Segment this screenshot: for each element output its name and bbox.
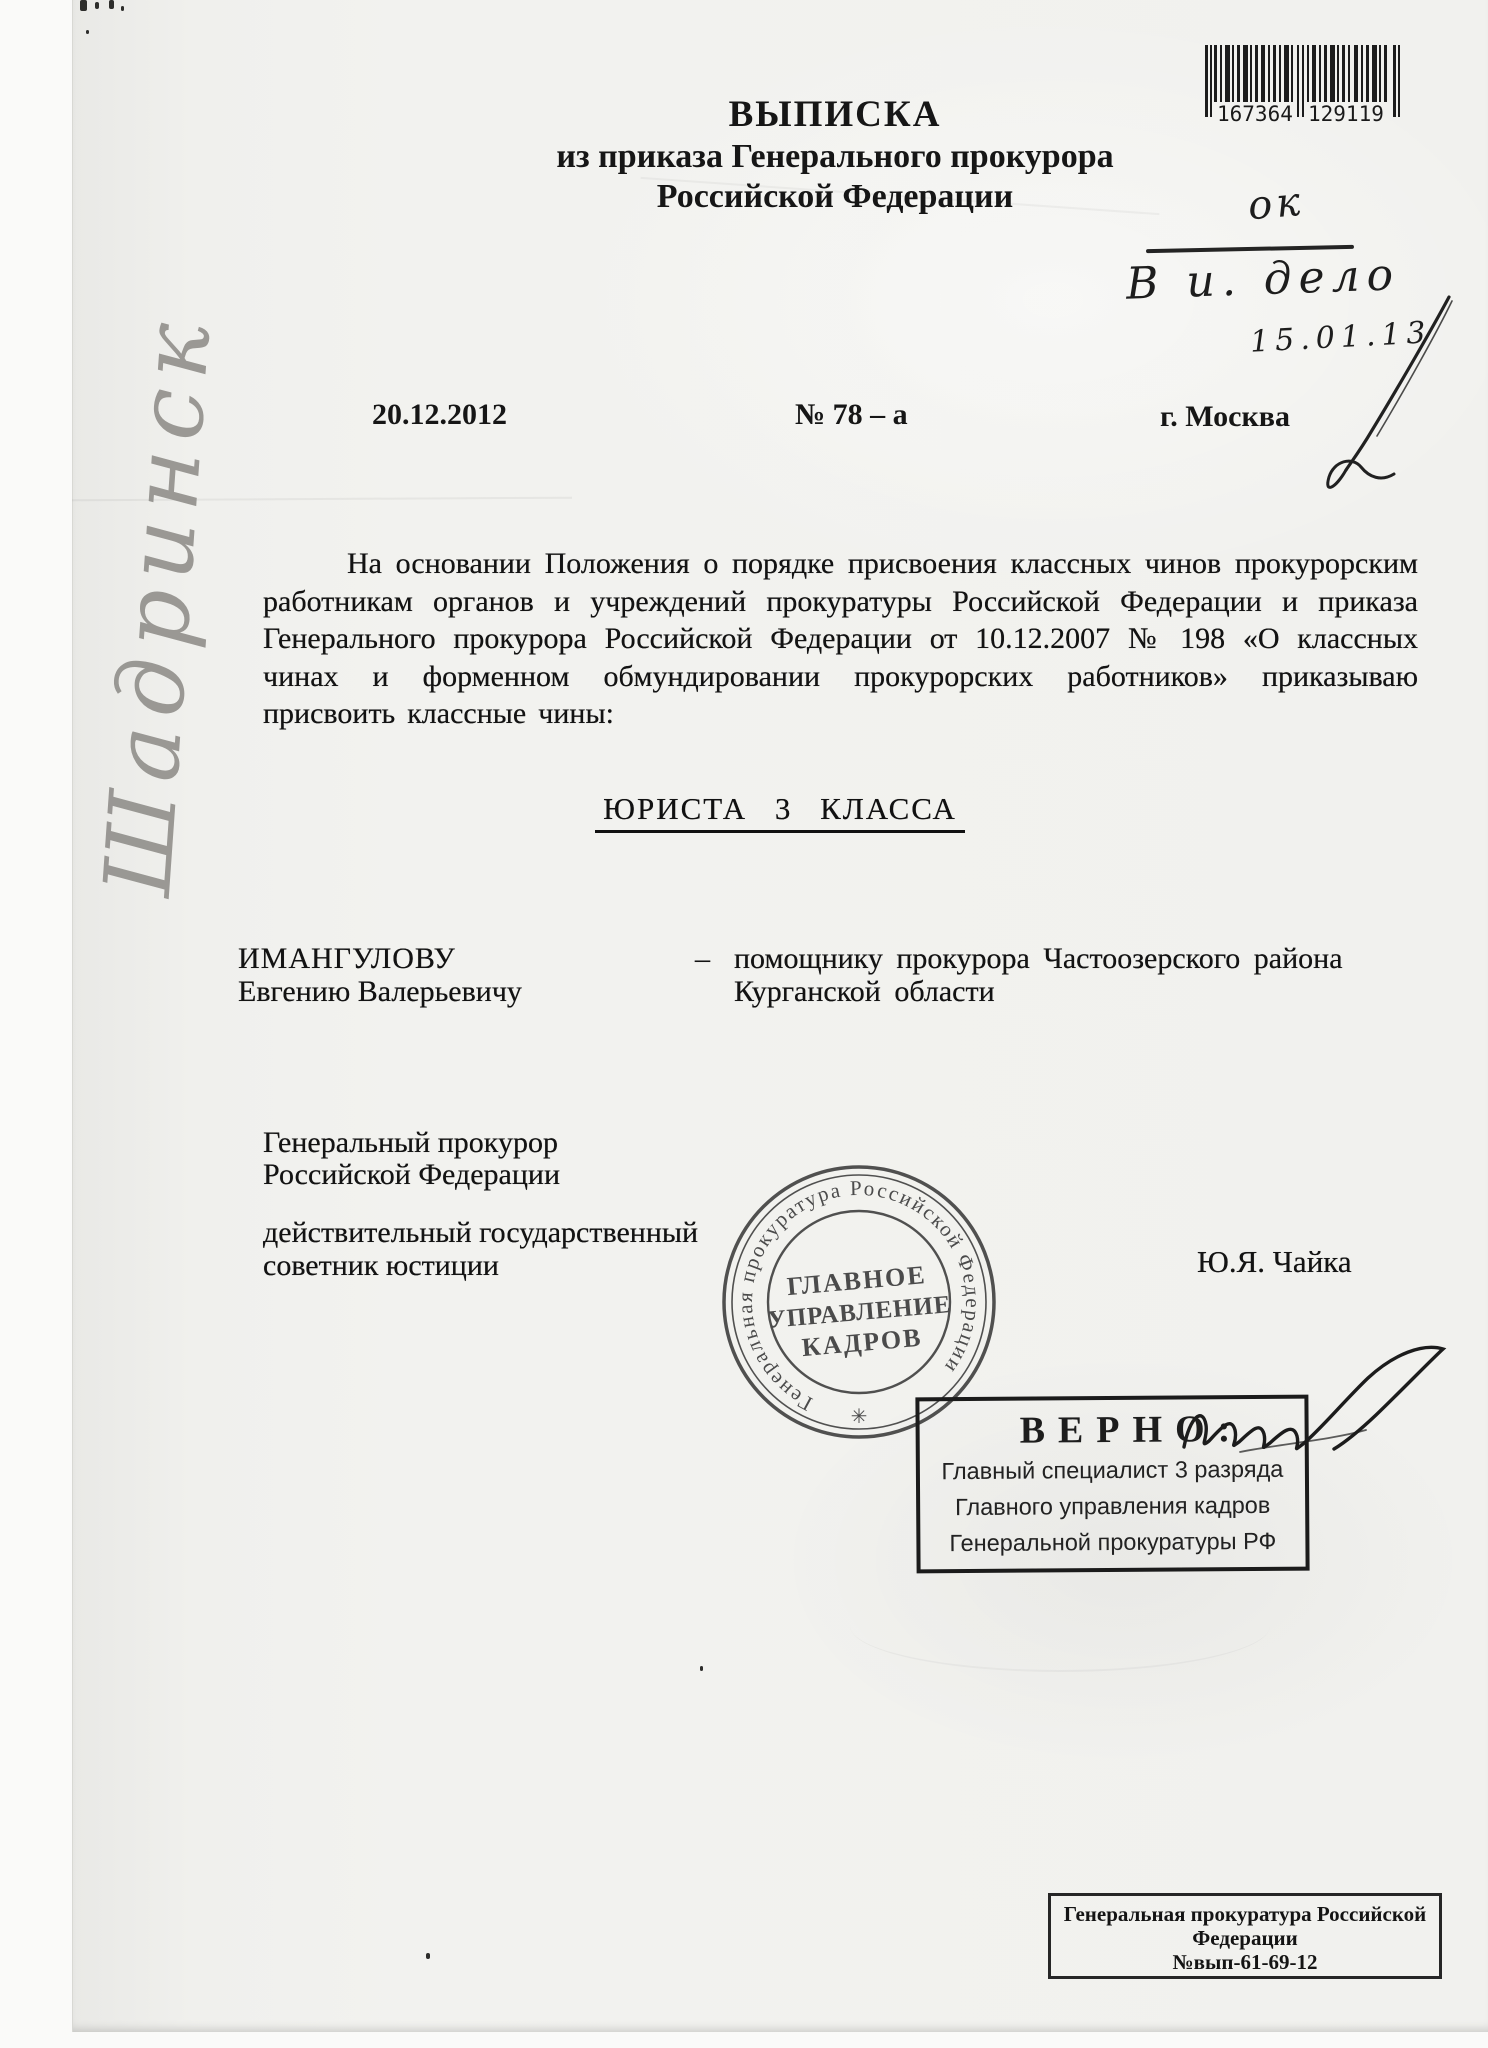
rank-heading-wrap: ЮРИСТА 3 КЛАССА [72, 791, 1488, 833]
verno-line-2: Главного управления кадров [920, 1487, 1305, 1526]
ink-speck [95, 2, 99, 9]
rank-heading: ЮРИСТА 3 КЛАССА [595, 791, 965, 833]
signer-title-line-1: Генеральный прокурор [263, 1126, 558, 1159]
order-date: 20.12.2012 [372, 398, 507, 432]
recipient-dash: – [695, 942, 710, 975]
verno-stamp-box: ВЕРНО: Главный специалист 3 разряда Глав… [915, 1395, 1309, 1574]
ink-speck [426, 1953, 430, 1959]
verno-label: ВЕРНО: [1019, 1407, 1304, 1453]
title-line-3: Российской Федерации [335, 177, 1335, 217]
ink-speck [86, 30, 89, 34]
verno-line-3: Генеральной прокуратуры РФ [920, 1523, 1305, 1562]
signer-name: Ю.Я. Чайка [1197, 1245, 1352, 1278]
stamp-asterisk-icon: ✳ [851, 1406, 868, 1428]
footer-registry-box: Генеральная прокуратура Российской Федер… [1048, 1893, 1442, 1979]
recipient-surname: ИМАНГУЛОВУ [238, 942, 456, 975]
stamp-center-text: ГЛАВНОЕ УПРАВЛЕНИЕ КАДРОВ [764, 1258, 956, 1365]
document-title-block: ВЫПИСКА из приказа Генерального прокурор… [335, 93, 1335, 217]
ink-speck [121, 6, 124, 11]
verno-line-1: Главный специалист 3 разряда [920, 1451, 1305, 1490]
paper-sheet [72, 0, 1488, 2032]
title-line-2: из приказа Генерального прокурора [335, 137, 1335, 177]
handwritten-note-ok: ок [1246, 179, 1306, 230]
order-city: г. Москва [1160, 400, 1290, 434]
recipient-position: помощнику прокурора Частоозерского район… [734, 942, 1434, 1008]
signer-rank-line-1: действительный государственный [263, 1216, 698, 1249]
ink-speck [80, 0, 87, 11]
ink-speck [109, 0, 114, 9]
handwritten-note-resolution: В и. дело [1125, 249, 1401, 310]
signer-rank-line-2: советник юстиции [263, 1249, 499, 1282]
scanned-document-page: 167364 129119 ВЫПИСКА из приказа Генерал… [0, 0, 1488, 2048]
signer-title-line-2: Российской Федерации [263, 1158, 560, 1191]
footer-line-2: Федерации [1051, 1926, 1439, 1950]
body-paragraph: На основании Положения о порядке присвое… [263, 545, 1418, 733]
footer-line-1: Генеральная прокуратура Российской [1051, 1902, 1439, 1926]
paper-crease [850, 1580, 1270, 1672]
footer-line-3: №вып-61-69-12 [1051, 1950, 1439, 1974]
title-line-1: ВЫПИСКА [335, 93, 1335, 137]
ink-speck [700, 1666, 703, 1671]
recipient-name: Евгению Валерьевичу [238, 975, 522, 1008]
order-number: № 78 – а [795, 398, 908, 432]
